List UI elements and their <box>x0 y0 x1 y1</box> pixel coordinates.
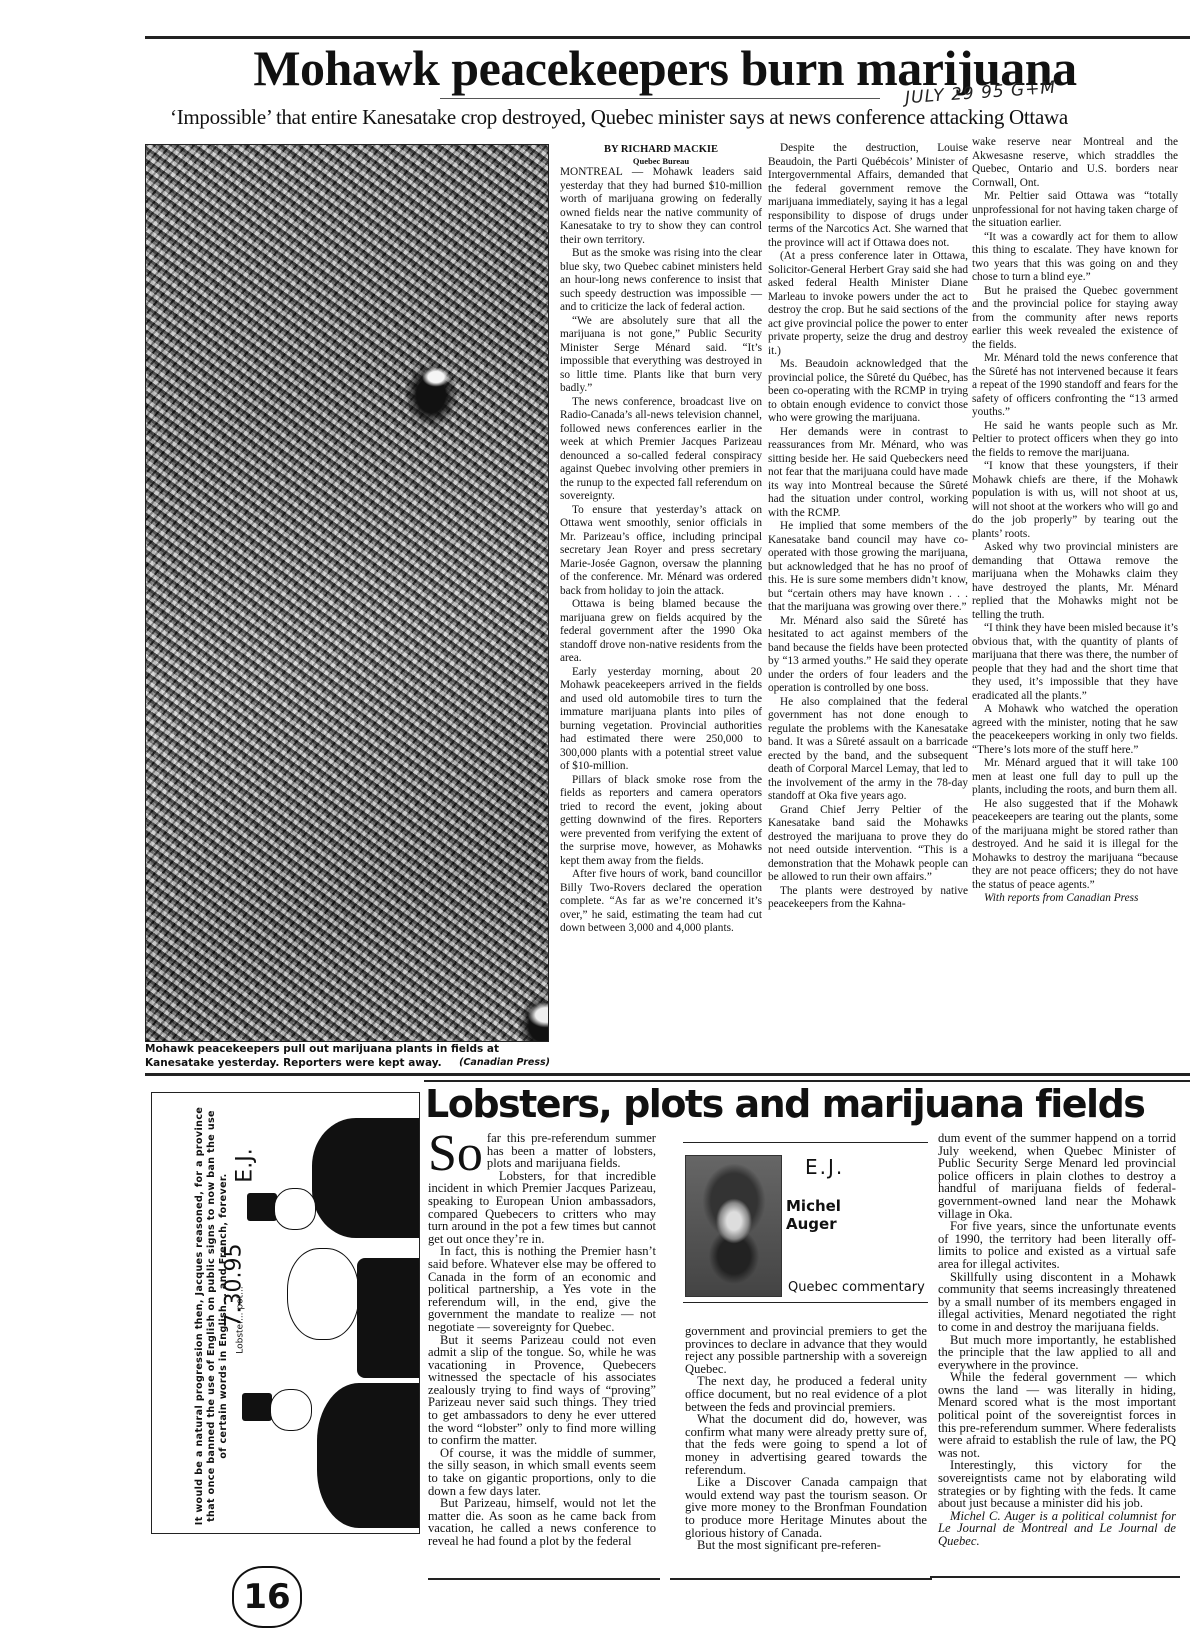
paragraph-text: far this pre-referendum summer has been … <box>487 1131 656 1170</box>
paragraph: Grand Chief Jerry Peltier of the Kanesat… <box>768 804 968 885</box>
cartoon-figure-bottom <box>317 1383 420 1528</box>
paragraph: Ms. Beaudoin acknowledged that the provi… <box>768 358 968 426</box>
paragraph: Lobsters, for that incredible incident i… <box>428 1170 656 1246</box>
paragraph: Ottawa is being blamed because the marij… <box>560 598 762 666</box>
paragraph: Interestingly, this victory for the sove… <box>938 1459 1176 1509</box>
paragraph: Early yesterday morning, about 20 Mohawk… <box>560 666 762 774</box>
paragraph: For five years, since the unfortunate ev… <box>938 1220 1176 1270</box>
paragraph: Asked why two provincial ministers are d… <box>972 541 1178 622</box>
paragraph: He also suggested that if the Mohawk pea… <box>972 798 1178 893</box>
paragraph: MONTREAL — Mohawk leaders said yesterday… <box>560 166 762 247</box>
paragraph: dum event of the summer happend on a tor… <box>938 1132 1176 1220</box>
cartoon-speech-label: Lobster... pot... <box>236 1286 246 1353</box>
paragraph: Mr. Ménard argued that it will take 100 … <box>972 757 1178 798</box>
paragraph: But he praised the Quebec government and… <box>972 285 1178 353</box>
author-first-name: Michel <box>786 1197 841 1215</box>
paragraph: (At a press conference later in Ottawa, … <box>768 250 968 358</box>
paragraph: wake reserve near Montreal and the Akwes… <box>972 136 1178 190</box>
author-name: Michel Auger <box>786 1197 841 1233</box>
paragraph: After five hours of work, band councillo… <box>560 868 762 936</box>
photo-credit: (Canadian Press) <box>459 1056 550 1070</box>
author-box-bottom-rule <box>683 1302 928 1303</box>
photo-caption-text: Mohawk peacekeepers pull out marijuana p… <box>145 1043 499 1069</box>
paragraph: The plants were destroyed by native peac… <box>768 885 968 912</box>
headline-underline <box>440 98 880 99</box>
paragraph: The news conference, broadcast live on R… <box>560 396 762 504</box>
column-headline: Lobsters, plots and marijuana fields <box>425 1082 1144 1126</box>
top-hat-icon <box>247 1193 277 1221</box>
paragraph: “We are absolutely sure that all the mar… <box>560 315 762 396</box>
dropcap: So <box>428 1134 483 1174</box>
column-story-column-2: government and provincial premiers to ge… <box>685 1325 927 1552</box>
paragraph: Mr. Ménard also said the Sûreté has hesi… <box>768 615 968 696</box>
signoff: With reports from Canadian Press <box>972 892 1178 906</box>
paragraph: Her demands were in contrast to reassura… <box>768 426 968 521</box>
cartoon-face-center <box>287 1248 359 1340</box>
editorial-cartoon: It would be a natural progression then, … <box>151 1092 420 1534</box>
marijuana-field-photo <box>145 144 549 1042</box>
top-rule <box>145 36 1190 39</box>
main-deck: ‘Impossible’ that entire Kanesatake crop… <box>170 104 1180 130</box>
column-story-column-3: dum event of the summer happend on a tor… <box>938 1132 1176 1548</box>
paragraph: He said he wants people such as Mr. Pelt… <box>972 420 1178 461</box>
paragraph: He also complained that the federal gove… <box>768 696 968 804</box>
paragraph: “I know that these youngsters, if their … <box>972 460 1178 541</box>
photo-caption: Mohawk peacekeepers pull out marijuana p… <box>145 1042 550 1070</box>
cartoon-handwritten-initials: E.J. <box>233 1148 258 1182</box>
paragraph: “I think they have been misled because i… <box>972 622 1178 703</box>
paragraph: The next day, he produced a federal unit… <box>685 1375 927 1413</box>
column-signoff: Michel C. Auger is a political columnist… <box>938 1510 1176 1548</box>
column-2-bottom-rule <box>670 1578 932 1580</box>
paragraph: In fact, this is nothing the Premier has… <box>428 1245 656 1333</box>
paragraph: He implied that some members of the Kane… <box>768 520 968 615</box>
paragraph: Mr. Ménard told the news conference that… <box>972 352 1178 420</box>
cartoon-figure-top <box>312 1118 420 1238</box>
main-story-column-3: wake reserve near Montreal and the Akwes… <box>972 136 1178 906</box>
column-3-bottom-rule <box>930 1576 1180 1578</box>
section-divider <box>145 1073 1190 1076</box>
main-story-column-2: Despite the destruction, Louise Beaudoin… <box>768 142 968 912</box>
column-tag: Quebec commentary <box>788 1280 925 1295</box>
column-story-column-1: Sofar this pre-referendum summer has bee… <box>428 1132 656 1548</box>
paragraph: But much more importantly, he establishe… <box>938 1334 1176 1372</box>
author-photo <box>685 1155 782 1297</box>
handwritten-initials: E.J. <box>805 1155 844 1179</box>
author-box-top-rule <box>683 1142 928 1143</box>
paragraph: But the most significant pre-referen- <box>685 1539 927 1552</box>
cartoon-podium <box>357 1258 420 1378</box>
paragraph: Mr. Peltier said Ottawa was “totally unp… <box>972 190 1178 231</box>
cartoon-face-bottom <box>270 1389 312 1431</box>
paragraph: government and provincial premiers to ge… <box>685 1325 927 1375</box>
paragraph: Pillars of black smoke rose from the fie… <box>560 774 762 869</box>
paragraph: Despite the destruction, Louise Beaudoin… <box>768 142 968 250</box>
column-1-bottom-rule <box>428 1578 660 1580</box>
page-number: 16 <box>232 1566 302 1628</box>
paragraph: A Mohawk who watched the operation agree… <box>972 703 1178 757</box>
paragraph: Skillfully using discontent in a Mohawk … <box>938 1271 1176 1334</box>
paragraph: “It was a cowardly act for them to allow… <box>972 231 1178 285</box>
paragraph: Like a Discover Canada campaign that wou… <box>685 1476 927 1539</box>
paragraph: While the federal government — which own… <box>938 1371 1176 1459</box>
top-hat-icon <box>242 1393 272 1421</box>
paragraph: But as the smoke was rising into the cle… <box>560 247 762 315</box>
main-story-column-1: BY RICHARD MACKIE Quebec Bureau MONTREAL… <box>560 144 762 936</box>
paragraph: What the document did do, however, was c… <box>685 1413 927 1476</box>
paragraph: Of course, it was the middle of summer, … <box>428 1447 656 1497</box>
bureau: Quebec Bureau <box>560 156 762 166</box>
byline: BY RICHARD MACKIE <box>560 144 762 156</box>
paragraph: But Parizeau, himself, would not let the… <box>428 1497 656 1547</box>
author-last-name: Auger <box>786 1215 841 1233</box>
paragraph: Sofar this pre-referendum summer has bee… <box>428 1132 656 1170</box>
paragraph: But it seems Parizeau could not even adm… <box>428 1334 656 1447</box>
paragraph: To ensure that yesterday’s attack on Ott… <box>560 504 762 599</box>
cartoon-face-top <box>274 1188 316 1230</box>
